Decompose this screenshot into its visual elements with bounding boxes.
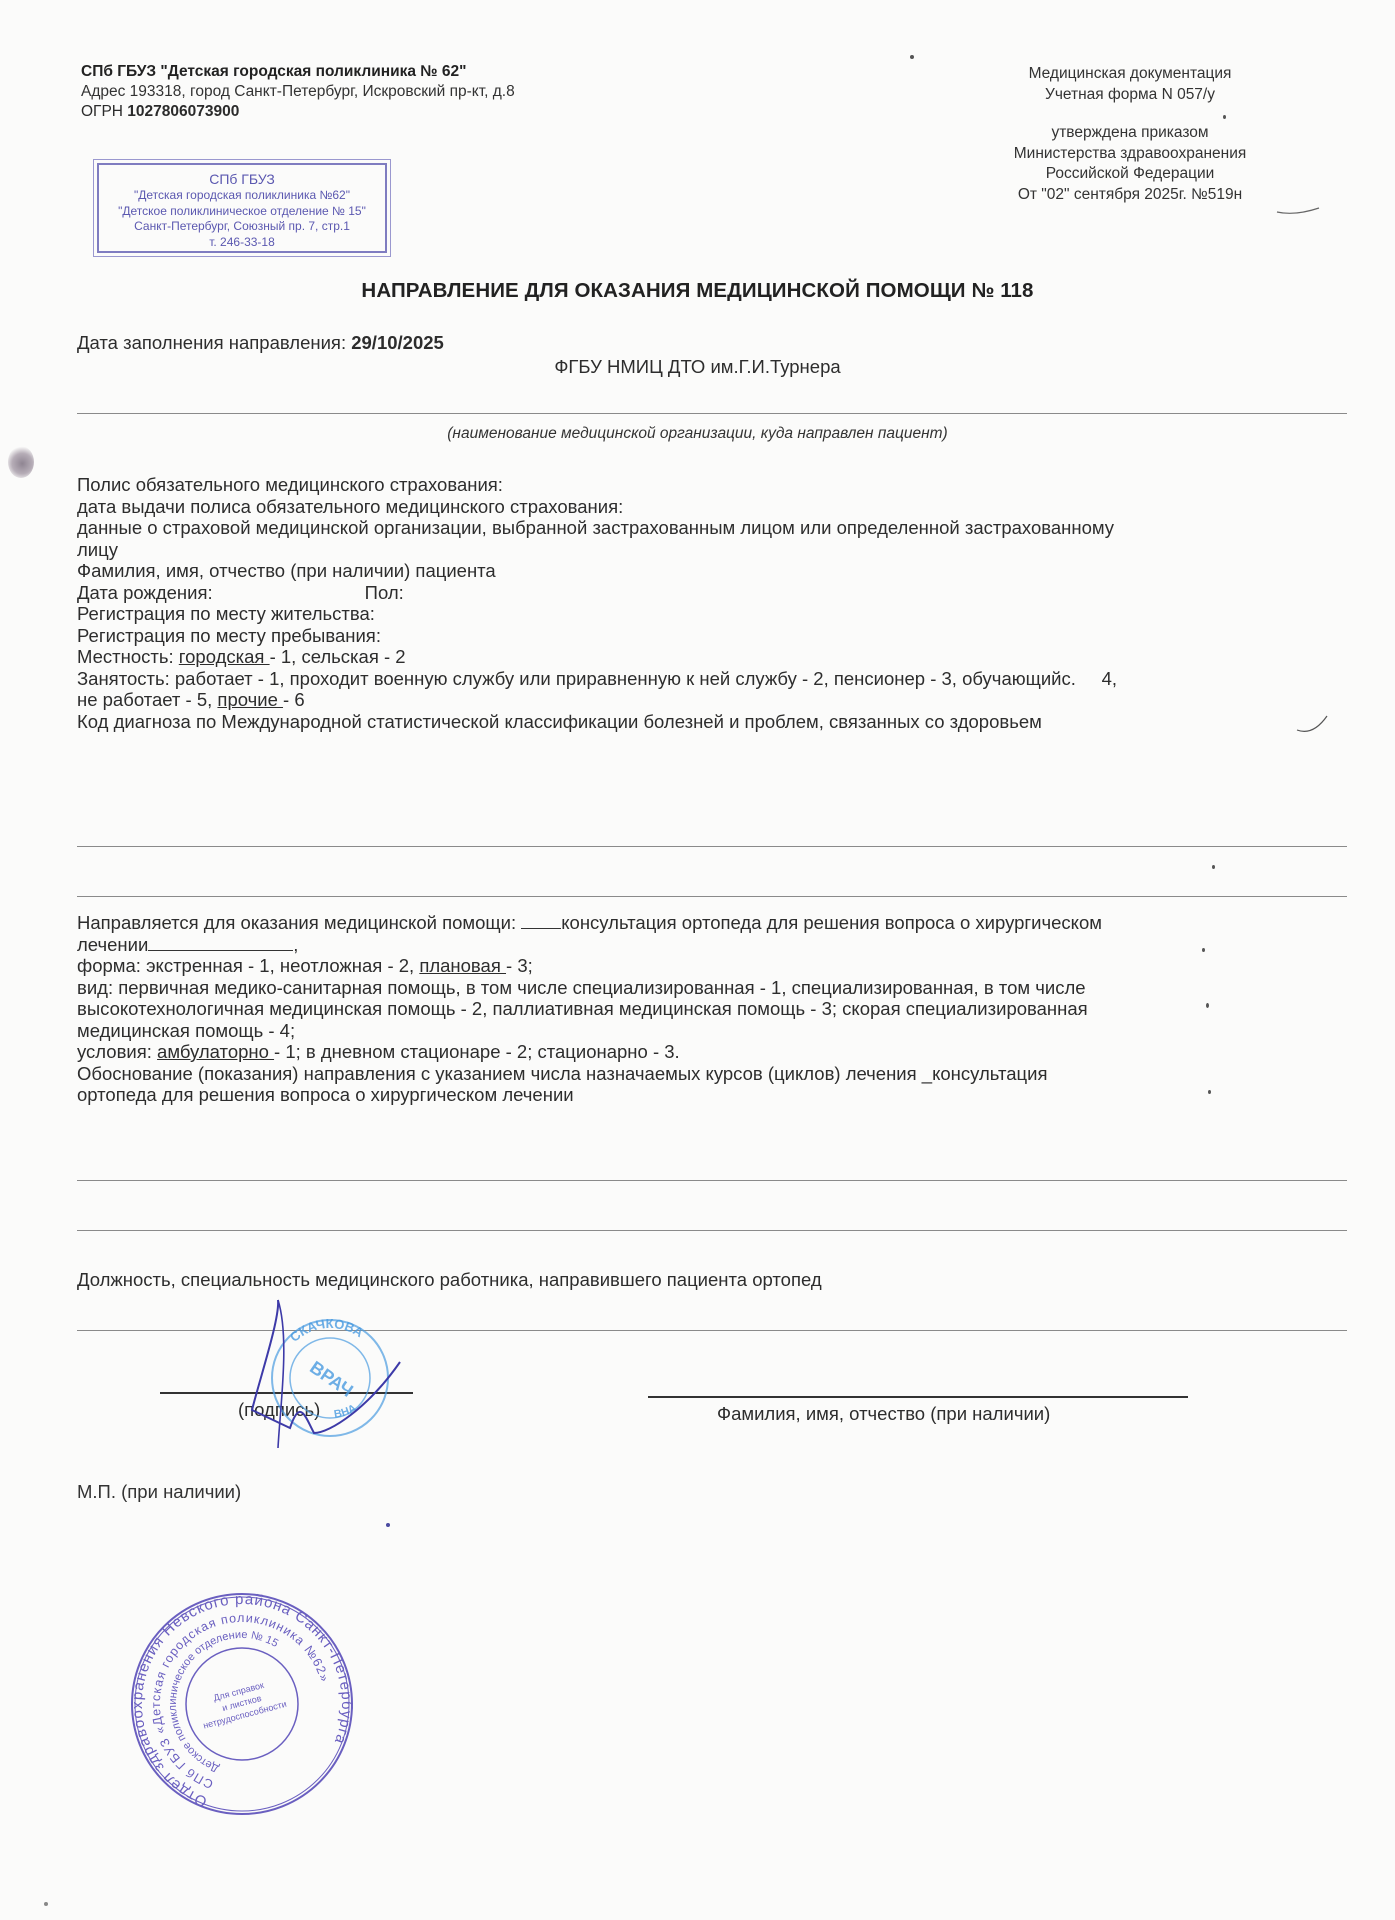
pen-mark-icon [1275, 200, 1325, 220]
policy-date-field: дата выдачи полиса обязательного медицин… [77, 496, 1357, 518]
issuer-name: СПб ГБУЗ "Детская городская поликлиника … [81, 62, 515, 82]
form-field: форма: экстренная - 1, неотложная - 2, п… [77, 955, 1367, 977]
ministry-line: Министерства здравоохранения [940, 144, 1320, 165]
birth-sex-row: Дата рождения:Пол: [77, 582, 1357, 604]
justification-field: Обоснование (показания) направления с ук… [77, 1063, 1367, 1085]
diagnosis-field: Код диагноза по Международной статистиче… [77, 711, 1357, 733]
policy-field: Полис обязательного медицинского страхов… [77, 474, 1357, 496]
locality-field: Местность: городская - 1, сельская - 2 [77, 646, 1357, 668]
patient-name-field: Фамилия, имя, отчество (при наличии) пац… [77, 560, 1357, 582]
employment-field: Занятость: работает - 1, проходит военну… [77, 668, 1357, 690]
doctor-stamp: СКАЧКОВА ВРАЧ ВНА [250, 1298, 410, 1448]
svg-text:ВРАЧ: ВРАЧ [306, 1357, 357, 1401]
doc-type-line: Медицинская документация [940, 64, 1320, 85]
sex-field: Пол: [365, 582, 404, 603]
justification-line-1 [77, 1180, 1347, 1181]
rectangular-stamp: СПб ГБУЗ "Детская городская поликлиника … [97, 163, 387, 253]
destination-caption: (наименование медицинской организации, к… [0, 425, 1395, 443]
scan-speck [44, 1902, 48, 1906]
referral-section: Направляется для оказания медицинской по… [77, 912, 1367, 1106]
form-selected: плановая [419, 955, 506, 976]
reg-residence-field: Регистрация по месту жительства: [77, 603, 1357, 625]
justification-line-2 [77, 1230, 1347, 1231]
svg-text:СКАЧКОВА: СКАЧКОВА [287, 1316, 367, 1345]
seal-caption: М.П. (при наличии) [77, 1481, 241, 1503]
divider [77, 413, 1347, 414]
scan-speck [386, 1523, 390, 1527]
smudge-mark [8, 446, 34, 478]
locality-selected: городская [179, 646, 270, 667]
name-line [648, 1396, 1188, 1398]
name-caption: Фамилия, имя, отчество (при наличии) [717, 1403, 1050, 1425]
conditions-field: условия: амбулаторно - 1; в дневном стац… [77, 1041, 1367, 1063]
diagnosis-line-1 [77, 846, 1347, 847]
issuer-address: Адрес 193318, город Санкт-Петербург, Иск… [81, 82, 515, 102]
page-title: НАПРАВЛЕНИЕ ДЛЯ ОКАЗАНИЯ МЕДИЦИНСКОЙ ПОМ… [0, 279, 1395, 303]
scan-speck [1212, 865, 1215, 869]
ogrn-value: 1027806073900 [127, 103, 239, 120]
pen-mark-icon [1295, 712, 1335, 736]
destination-org: ФГБУ НМИЦ ДТО им.Г.И.Турнера [0, 356, 1395, 378]
scan-speck [1223, 115, 1226, 119]
care-type-field: вид: первичная медико-санитарная помощь,… [77, 977, 1367, 999]
form-number-line: Учетная форма N 057/у [940, 85, 1320, 106]
employment-selected: прочие [217, 689, 283, 710]
round-stamp: Отдел здравоохранения Невского района Са… [128, 1590, 356, 1818]
fill-date: Дата заполнения направления: 29/10/2025 [77, 332, 444, 354]
patient-section: Полис обязательного медицинского страхов… [77, 474, 1357, 732]
order-date-line: От "02" сентября 2025г. №519н [940, 185, 1320, 206]
birth-date-field: Дата рождения: [77, 582, 213, 603]
issuer-ogrn: ОГРН 1027806073900 [81, 102, 515, 122]
purpose-field: Направляется для оказания медицинской по… [77, 912, 1367, 934]
scan-speck [1202, 948, 1205, 952]
insurer-field: данные о страховой медицинской организац… [77, 517, 1357, 539]
country-line: Российской Федерации [940, 164, 1320, 185]
form-approval-header: Медицинская документация Учетная форма N… [940, 64, 1320, 205]
referring-role: Должность, специальность медицинского ра… [77, 1269, 822, 1291]
scan-speck [1208, 1090, 1211, 1094]
scan-speck [1206, 1003, 1209, 1008]
diagnosis-line-2 [77, 896, 1347, 897]
issuer-header: СПб ГБУЗ "Детская городская поликлиника … [81, 62, 515, 122]
approval-line: утверждена приказом [940, 123, 1320, 144]
reg-stay-field: Регистрация по месту пребывания: [77, 625, 1357, 647]
fill-date-value: 29/10/2025 [351, 332, 444, 353]
conditions-selected: амбулаторно [157, 1041, 274, 1062]
scan-speck [910, 55, 914, 59]
